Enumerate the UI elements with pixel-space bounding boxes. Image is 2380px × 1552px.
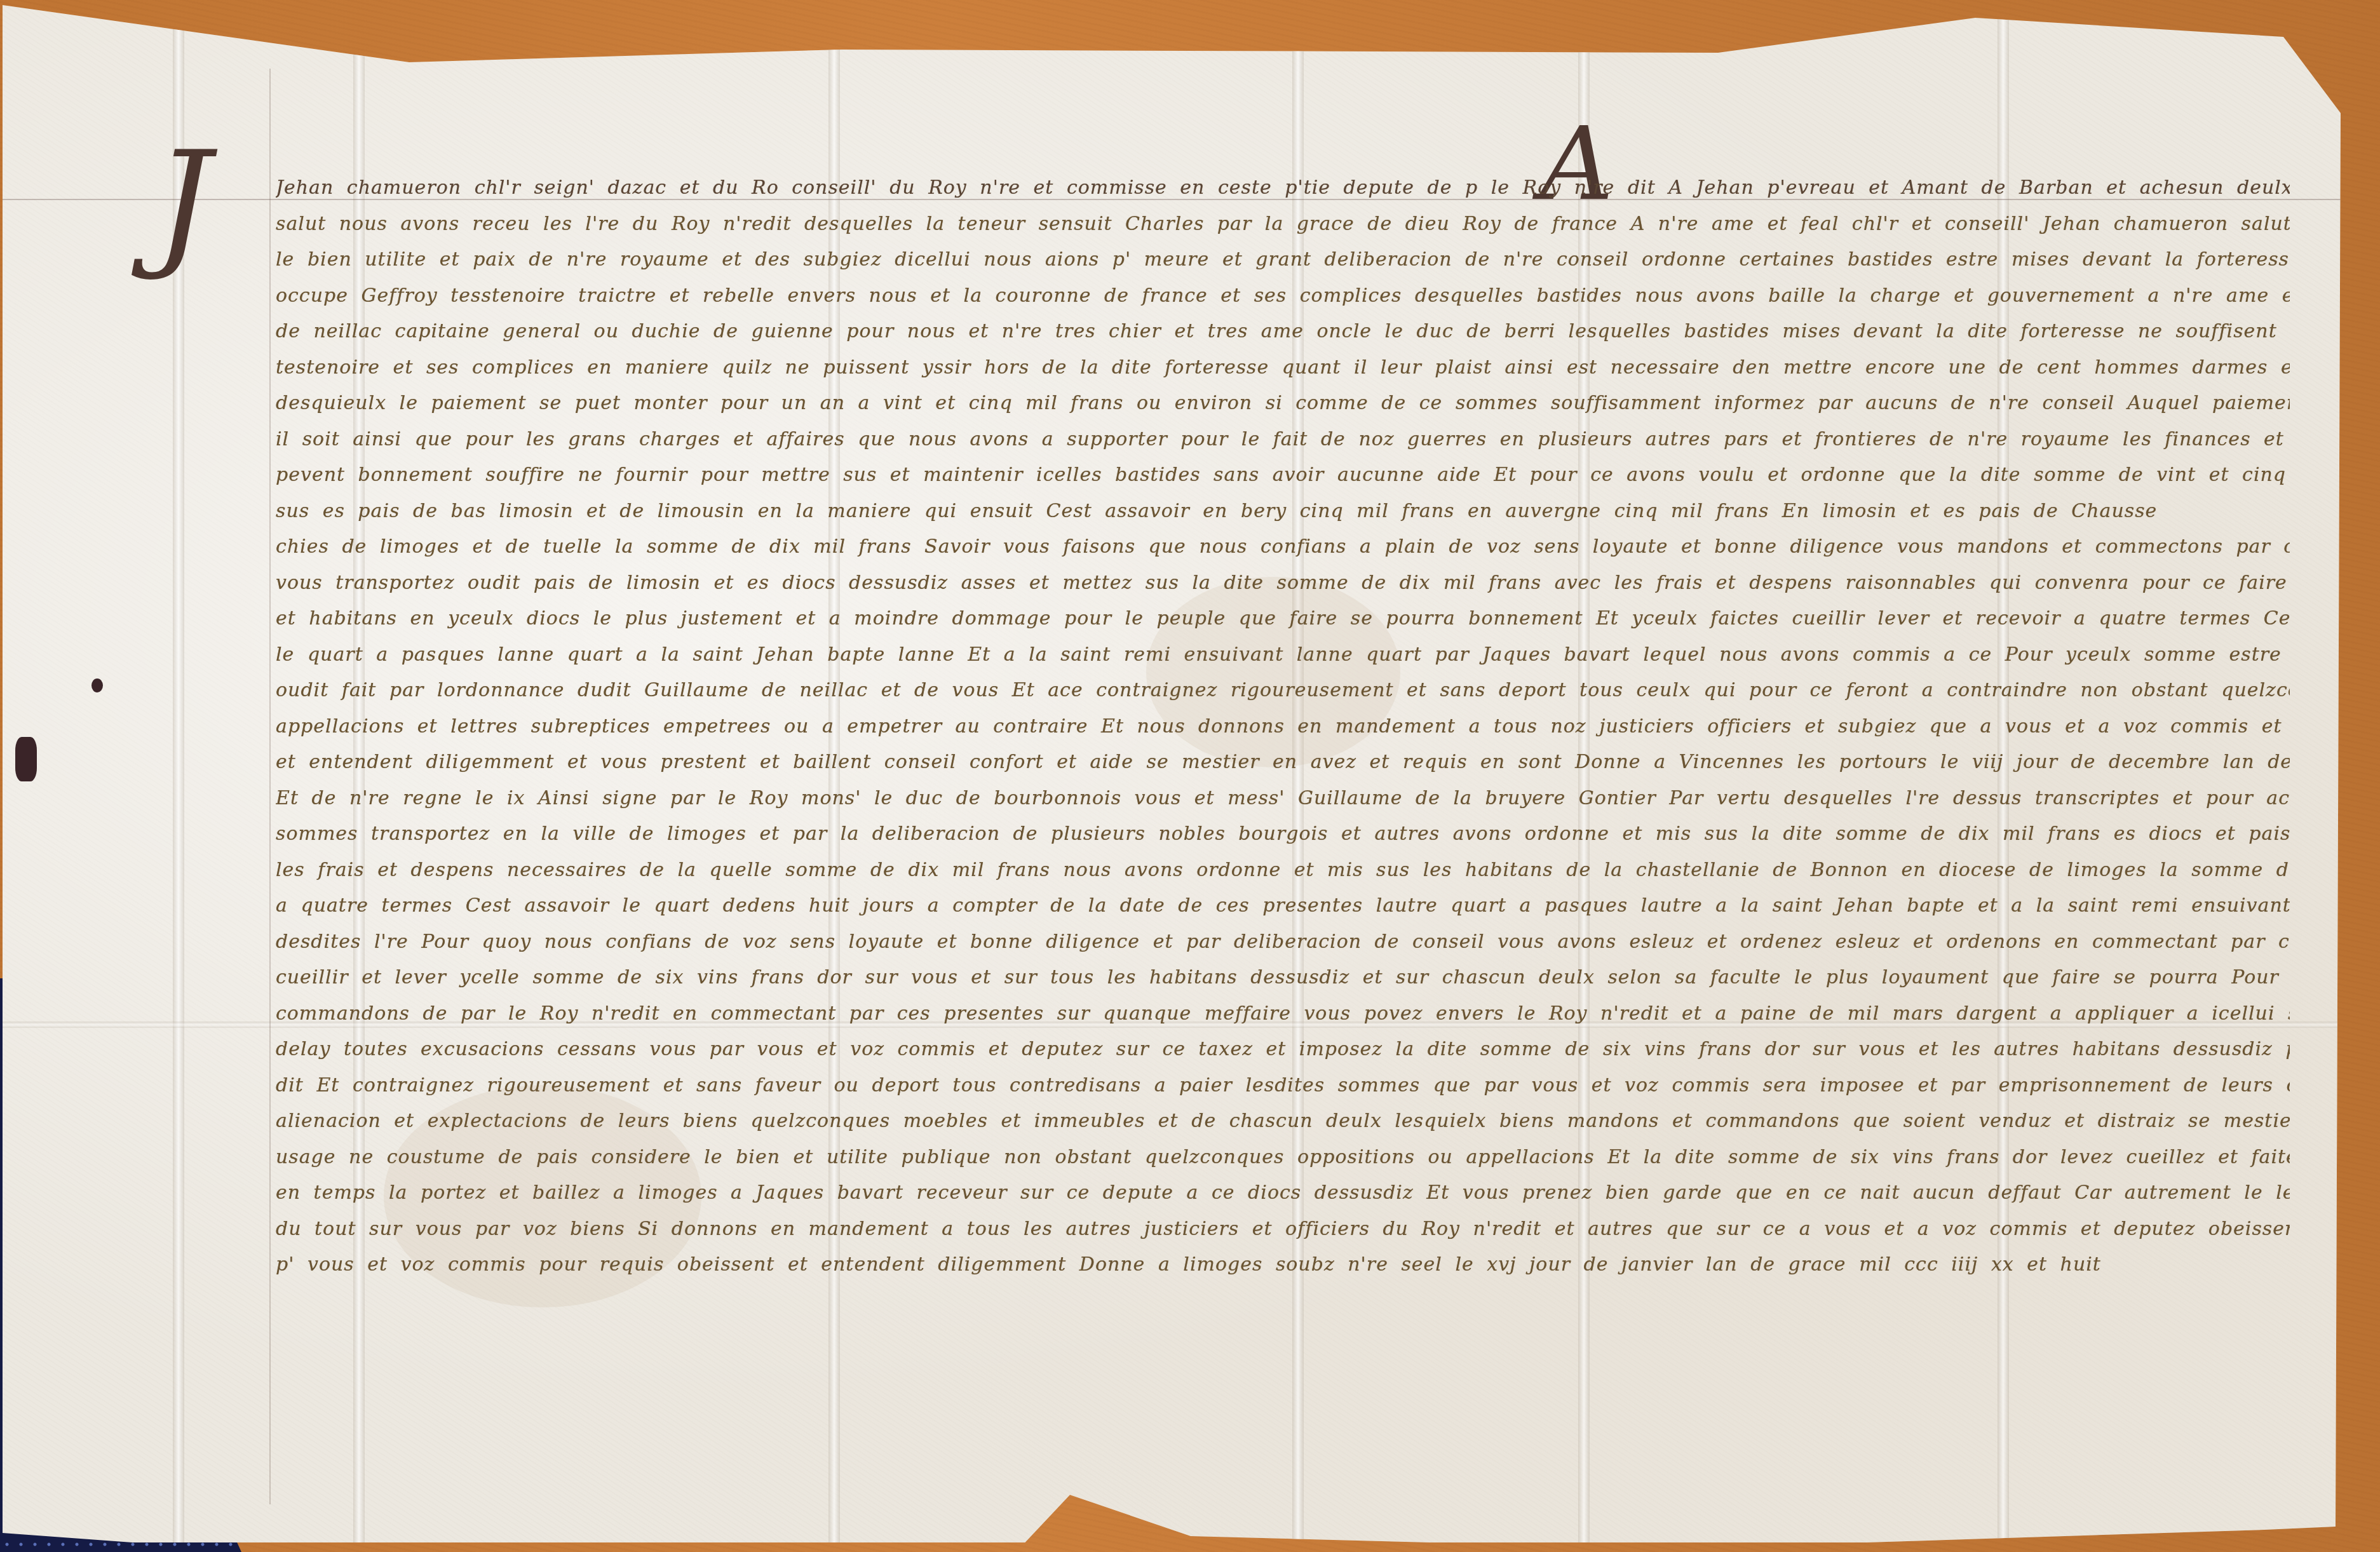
parchment-charter: J A Jehan chamueron chl'r seign' dazac e… <box>3 5 2341 1542</box>
text-line: sommes transportez en la ville de limoge… <box>276 816 2290 853</box>
text-line: le bien utilite et paix de n're royaume … <box>276 242 2290 278</box>
text-line: et entendent diligemment et vous presten… <box>276 745 2290 781</box>
text-line: oudit fait par lordonnance dudit Guillau… <box>276 673 2290 709</box>
text-line: dit Et contraignez rigoureusement et san… <box>276 1068 2290 1104</box>
text-line: en temps la portez et baillez a limoges … <box>276 1175 2290 1211</box>
text-line: p' vous et voz commis pour requis obeiss… <box>276 1247 2290 1283</box>
text-line: le quart a pasques lanne quart a la sain… <box>276 637 2290 673</box>
text-line: Et de n're regne le ix Ainsi signe par l… <box>276 781 2290 817</box>
text-line: salut nous avons receu les l're du Roy n… <box>276 206 2290 243</box>
worm-hole <box>91 678 103 692</box>
text-line: appellacions et lettres subreptices empe… <box>276 709 2290 745</box>
text-line: usage ne coustume de pais considere le b… <box>276 1140 2290 1176</box>
text-line: desquieulx le paiement se puet monter po… <box>276 386 2290 422</box>
text-line: Jehan chamueron chl'r seign' dazac et du… <box>276 170 2290 206</box>
text-line: pevent bonnement souffire ne fournir pou… <box>276 457 2290 494</box>
text-line: et habitans en yceulx diocs le plus just… <box>276 601 2290 637</box>
text-line: alienacion et explectacions de leurs bie… <box>276 1103 2290 1140</box>
text-line: delay toutes excusacions cessans vous pa… <box>276 1032 2290 1068</box>
text-line: cueillir et lever ycelle somme de six vi… <box>276 960 2290 996</box>
text-line: commandons de par le Roy n'redit en comm… <box>276 996 2290 1032</box>
text-line: chies de limoges et de tuelle la somme d… <box>276 529 2290 565</box>
text-line: il soit ainsi que pour les grans charges… <box>276 422 2290 458</box>
text-line: vous transportez oudit pais de limosin e… <box>276 565 2290 602</box>
text-line: occupe Geffroy tesstenoire traictre et r… <box>276 278 2290 314</box>
text-line: a quatre termes Cest assavoir le quart d… <box>276 888 2290 924</box>
text-line: testenoire et ses complices en maniere q… <box>276 350 2290 386</box>
worm-hole <box>15 737 37 781</box>
text-line: sus es pais de bas limosin et de limousi… <box>276 494 2290 530</box>
decorated-initial-j: J <box>155 132 211 272</box>
text-line: du tout sur vous par voz biens Si donnon… <box>276 1211 2290 1248</box>
charter-text-block: Jehan chamueron chl'r seign' dazac et du… <box>276 170 2290 1283</box>
text-line: de neillac capitaine general ou duchie d… <box>276 314 2290 350</box>
text-line: desdites l're Pour quoy nous confians de… <box>276 924 2290 961</box>
left-margin-rule <box>269 69 271 1504</box>
text-line: les frais et despens necessaires de la q… <box>276 853 2290 889</box>
